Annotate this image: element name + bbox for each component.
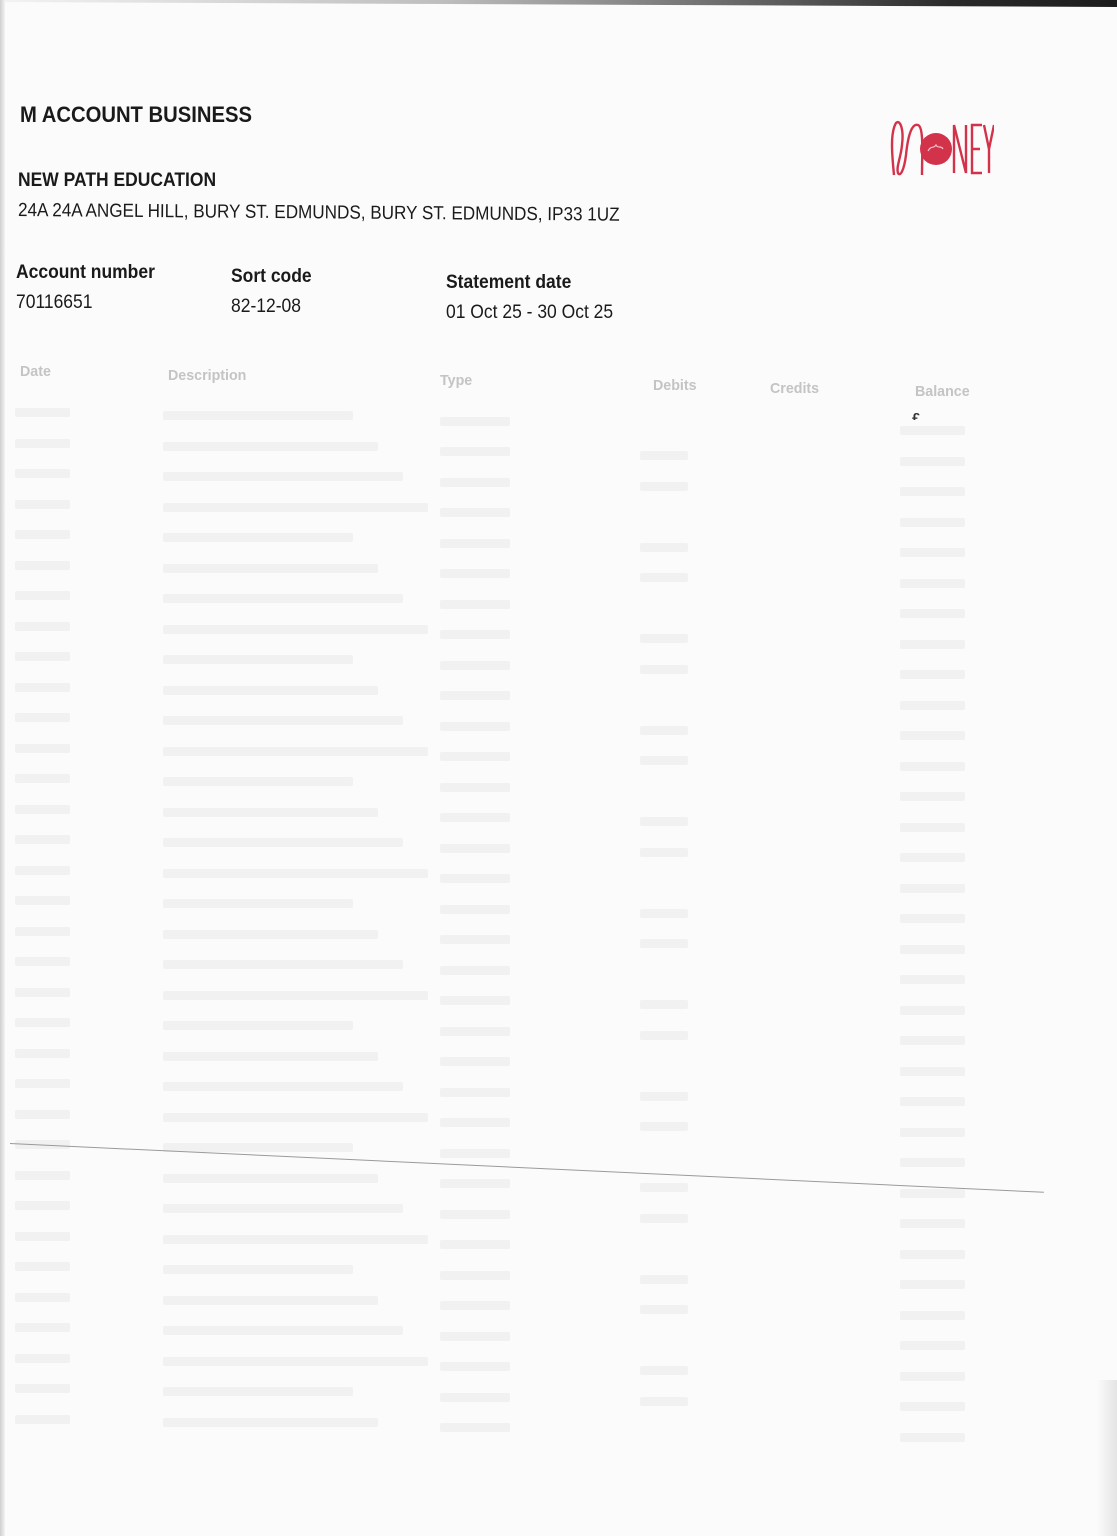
faded-row-mark: [440, 813, 510, 822]
faded-row-mark: [163, 747, 428, 756]
faded-row-mark: [900, 792, 965, 801]
faded-row-mark: [900, 1311, 965, 1320]
faded-row-mark: [440, 1057, 510, 1066]
faded-row-mark: [163, 1082, 403, 1091]
faded-row-mark: [900, 1280, 965, 1289]
sort-code-value: 82-12-08: [231, 296, 301, 318]
account-number-value: 70116651: [16, 292, 92, 314]
faded-row-mark: [900, 945, 965, 954]
faded-row-mark: [900, 487, 965, 496]
faded-row-mark: [440, 1149, 510, 1158]
faded-row-mark: [163, 1021, 353, 1030]
faded-row-mark: [640, 909, 688, 918]
faded-row-mark: [15, 469, 70, 478]
faded-row-mark: [163, 686, 378, 695]
faded-row-mark: [15, 774, 70, 783]
faded-row-mark: [163, 1387, 353, 1396]
faded-row-mark: [440, 905, 510, 914]
faded-row-mark: [440, 630, 510, 639]
faded-row-mark: [15, 1079, 70, 1088]
faded-row-mark: [163, 1113, 428, 1122]
faded-row-mark: [15, 1049, 70, 1058]
faded-row-mark: [163, 503, 428, 512]
faded-row-mark: [900, 457, 965, 466]
faded-row-mark: [163, 869, 428, 878]
sort-code-label: Sort code: [231, 266, 312, 288]
faded-row-mark: [640, 1366, 688, 1375]
faded-row-mark: [15, 713, 70, 722]
faded-row-mark: [163, 838, 403, 847]
faded-row-mark: [440, 569, 510, 578]
faded-row-mark: [640, 482, 688, 491]
faded-row-mark: [440, 1088, 510, 1097]
faded-row-mark: [163, 808, 378, 817]
faded-row-mark: [163, 1204, 403, 1213]
column-header-description: Description: [168, 367, 246, 384]
faded-row-mark: [440, 417, 510, 426]
faded-row-mark: [15, 530, 70, 539]
faded-row-mark: [163, 777, 353, 786]
faded-row-mark: [163, 442, 378, 451]
faded-row-mark: [640, 543, 688, 552]
faded-row-mark: [15, 988, 70, 997]
faded-row-mark: [440, 935, 510, 944]
faded-row-mark: [640, 726, 688, 735]
faded-row-mark: [15, 1384, 70, 1393]
faded-row-mark: [440, 1027, 510, 1036]
faded-row-mark: [640, 451, 688, 460]
faded-row-mark: [640, 1031, 688, 1040]
column-header-date: Date: [20, 363, 51, 380]
faded-row-mark: [163, 1326, 403, 1335]
faded-row-mark: [440, 691, 510, 700]
product-title: M ACCOUNT BUSINESS: [20, 102, 252, 128]
faded-row-mark: [163, 1052, 378, 1061]
faded-row-mark: [440, 478, 510, 487]
faded-row-mark: [900, 1036, 965, 1045]
faded-row-mark: [440, 1240, 510, 1249]
faded-row-mark: [440, 966, 510, 975]
faded-row-mark: [640, 939, 688, 948]
faded-row-mark: [15, 1415, 70, 1424]
faded-row-mark: [900, 640, 965, 649]
faded-row-mark: [15, 1262, 70, 1271]
faded-row-mark: [440, 447, 510, 456]
faded-row-mark: [440, 1271, 510, 1280]
faded-row-mark: [640, 817, 688, 826]
faded-row-mark: [163, 472, 403, 481]
faded-row-mark: [163, 1235, 428, 1244]
faded-row-mark: [900, 914, 965, 923]
faded-row-mark: [900, 701, 965, 710]
paper-fold-line: [10, 1143, 1044, 1193]
faded-row-mark: [163, 899, 353, 908]
faded-row-mark: [15, 439, 70, 448]
faded-row-mark: [163, 1296, 378, 1305]
business-name: NEW PATH EDUCATION: [18, 170, 216, 192]
faded-row-mark: [900, 1341, 965, 1350]
faded-row-mark: [900, 884, 965, 893]
faded-row-mark: [15, 744, 70, 753]
faded-row-mark: [15, 805, 70, 814]
faded-row-mark: [900, 731, 965, 740]
faded-row-mark: [163, 1174, 378, 1183]
faded-row-mark: [163, 930, 378, 939]
faded-row-mark: [640, 1397, 688, 1406]
faded-row-mark: [15, 1293, 70, 1302]
statement-date-value: 01 Oct 25 - 30 Oct 25: [446, 302, 613, 324]
faded-row-mark: [163, 655, 353, 664]
faded-row-mark: [440, 752, 510, 761]
faded-row-mark: [15, 866, 70, 875]
faded-row-mark: [440, 1362, 510, 1371]
faded-row-mark: [900, 762, 965, 771]
faded-row-mark: [640, 1183, 688, 1192]
faded-row-mark: [163, 1357, 428, 1366]
faded-row-mark: [440, 1118, 510, 1127]
faded-row-mark: [163, 991, 428, 1000]
faded-row-mark: [640, 1275, 688, 1284]
faded-row-mark: [15, 1323, 70, 1332]
faded-row-mark: [900, 1067, 965, 1076]
scan-right-shade: [1097, 1380, 1117, 1536]
faded-row-mark: [640, 848, 688, 857]
faded-row-mark: [440, 783, 510, 792]
faded-row-mark: [163, 533, 353, 542]
faded-row-mark: [15, 896, 70, 905]
faded-row-mark: [900, 579, 965, 588]
faded-row-mark: [900, 975, 965, 984]
faded-row-mark: [440, 722, 510, 731]
faded-row-mark: [640, 1305, 688, 1314]
faded-row-mark: [15, 1171, 70, 1180]
column-header-type: Type: [440, 372, 472, 389]
faded-row-mark: [440, 1393, 510, 1402]
brand-logo: [886, 115, 994, 181]
faded-row-mark: [900, 1097, 965, 1106]
column-header-balance: Balance: [915, 383, 970, 400]
faded-row-mark: [163, 1265, 353, 1274]
faded-row-mark: [15, 408, 70, 417]
faded-row-mark: [440, 1301, 510, 1310]
statement-date-label: Statement date: [446, 272, 571, 294]
scan-left-edge: [0, 0, 5, 1536]
faded-row-mark: [15, 652, 70, 661]
faded-row-mark: [15, 1354, 70, 1363]
faded-row-mark: [900, 1158, 965, 1167]
column-header-credits: Credits: [770, 380, 819, 397]
faded-row-mark: [15, 1201, 70, 1210]
faded-row-mark: [900, 1402, 965, 1411]
faded-row-mark: [15, 683, 70, 692]
faded-row-mark: [900, 518, 965, 527]
faded-row-mark: [163, 960, 403, 969]
faded-row-mark: [440, 1332, 510, 1341]
faded-row-mark: [640, 1214, 688, 1223]
faded-row-mark: [640, 1000, 688, 1009]
faded-row-mark: [640, 1122, 688, 1131]
faded-row-mark: [900, 548, 965, 557]
faded-row-mark: [15, 957, 70, 966]
faded-row-mark: [440, 1210, 510, 1219]
faded-row-mark: [15, 1232, 70, 1241]
faded-row-mark: [900, 1250, 965, 1259]
opening-balance-truncated: £: [912, 410, 977, 420]
faded-row-mark: [900, 1128, 965, 1137]
faded-row-mark: [440, 874, 510, 883]
faded-row-mark: [163, 411, 353, 420]
business-address: 24A 24A ANGEL HILL, BURY ST. EDMUNDS, BU…: [18, 200, 620, 227]
faded-row-mark: [900, 426, 965, 435]
faded-row-mark: [440, 1179, 510, 1188]
faded-row-mark: [900, 823, 965, 832]
faded-row-mark: [900, 609, 965, 618]
faded-row-mark: [440, 508, 510, 517]
faded-row-mark: [900, 1219, 965, 1228]
faded-row-mark: [15, 622, 70, 631]
faded-row-mark: [440, 1423, 510, 1432]
faded-row-mark: [15, 835, 70, 844]
faded-row-mark: [440, 539, 510, 548]
faded-row-mark: [900, 1433, 965, 1442]
faded-row-mark: [15, 500, 70, 509]
faded-row-mark: [900, 1006, 965, 1015]
faded-row-mark: [15, 927, 70, 936]
faded-row-mark: [900, 1372, 965, 1381]
column-header-debits: Debits: [653, 377, 697, 394]
scan-top-shadow: [0, 0, 1117, 10]
faded-row-mark: [900, 670, 965, 679]
faded-row-mark: [900, 853, 965, 862]
faded-row-mark: [640, 1092, 688, 1101]
faded-row-mark: [640, 756, 688, 765]
faded-row-mark: [900, 1189, 965, 1198]
faded-row-mark: [640, 634, 688, 643]
faded-row-mark: [440, 661, 510, 670]
faded-row-mark: [440, 600, 510, 609]
faded-row-mark: [163, 1418, 378, 1427]
faded-row-mark: [163, 594, 403, 603]
faded-row-mark: [440, 996, 510, 1005]
faded-row-mark: [440, 844, 510, 853]
faded-row-mark: [15, 1018, 70, 1027]
faded-row-mark: [163, 716, 403, 725]
faded-row-mark: [640, 665, 688, 674]
faded-row-mark: [163, 625, 428, 634]
faded-row-mark: [15, 591, 70, 600]
account-number-label: Account number: [16, 262, 155, 284]
faded-row-mark: [163, 564, 378, 573]
faded-row-mark: [15, 1110, 70, 1119]
faded-row-mark: [640, 573, 688, 582]
faded-row-mark: [15, 561, 70, 570]
